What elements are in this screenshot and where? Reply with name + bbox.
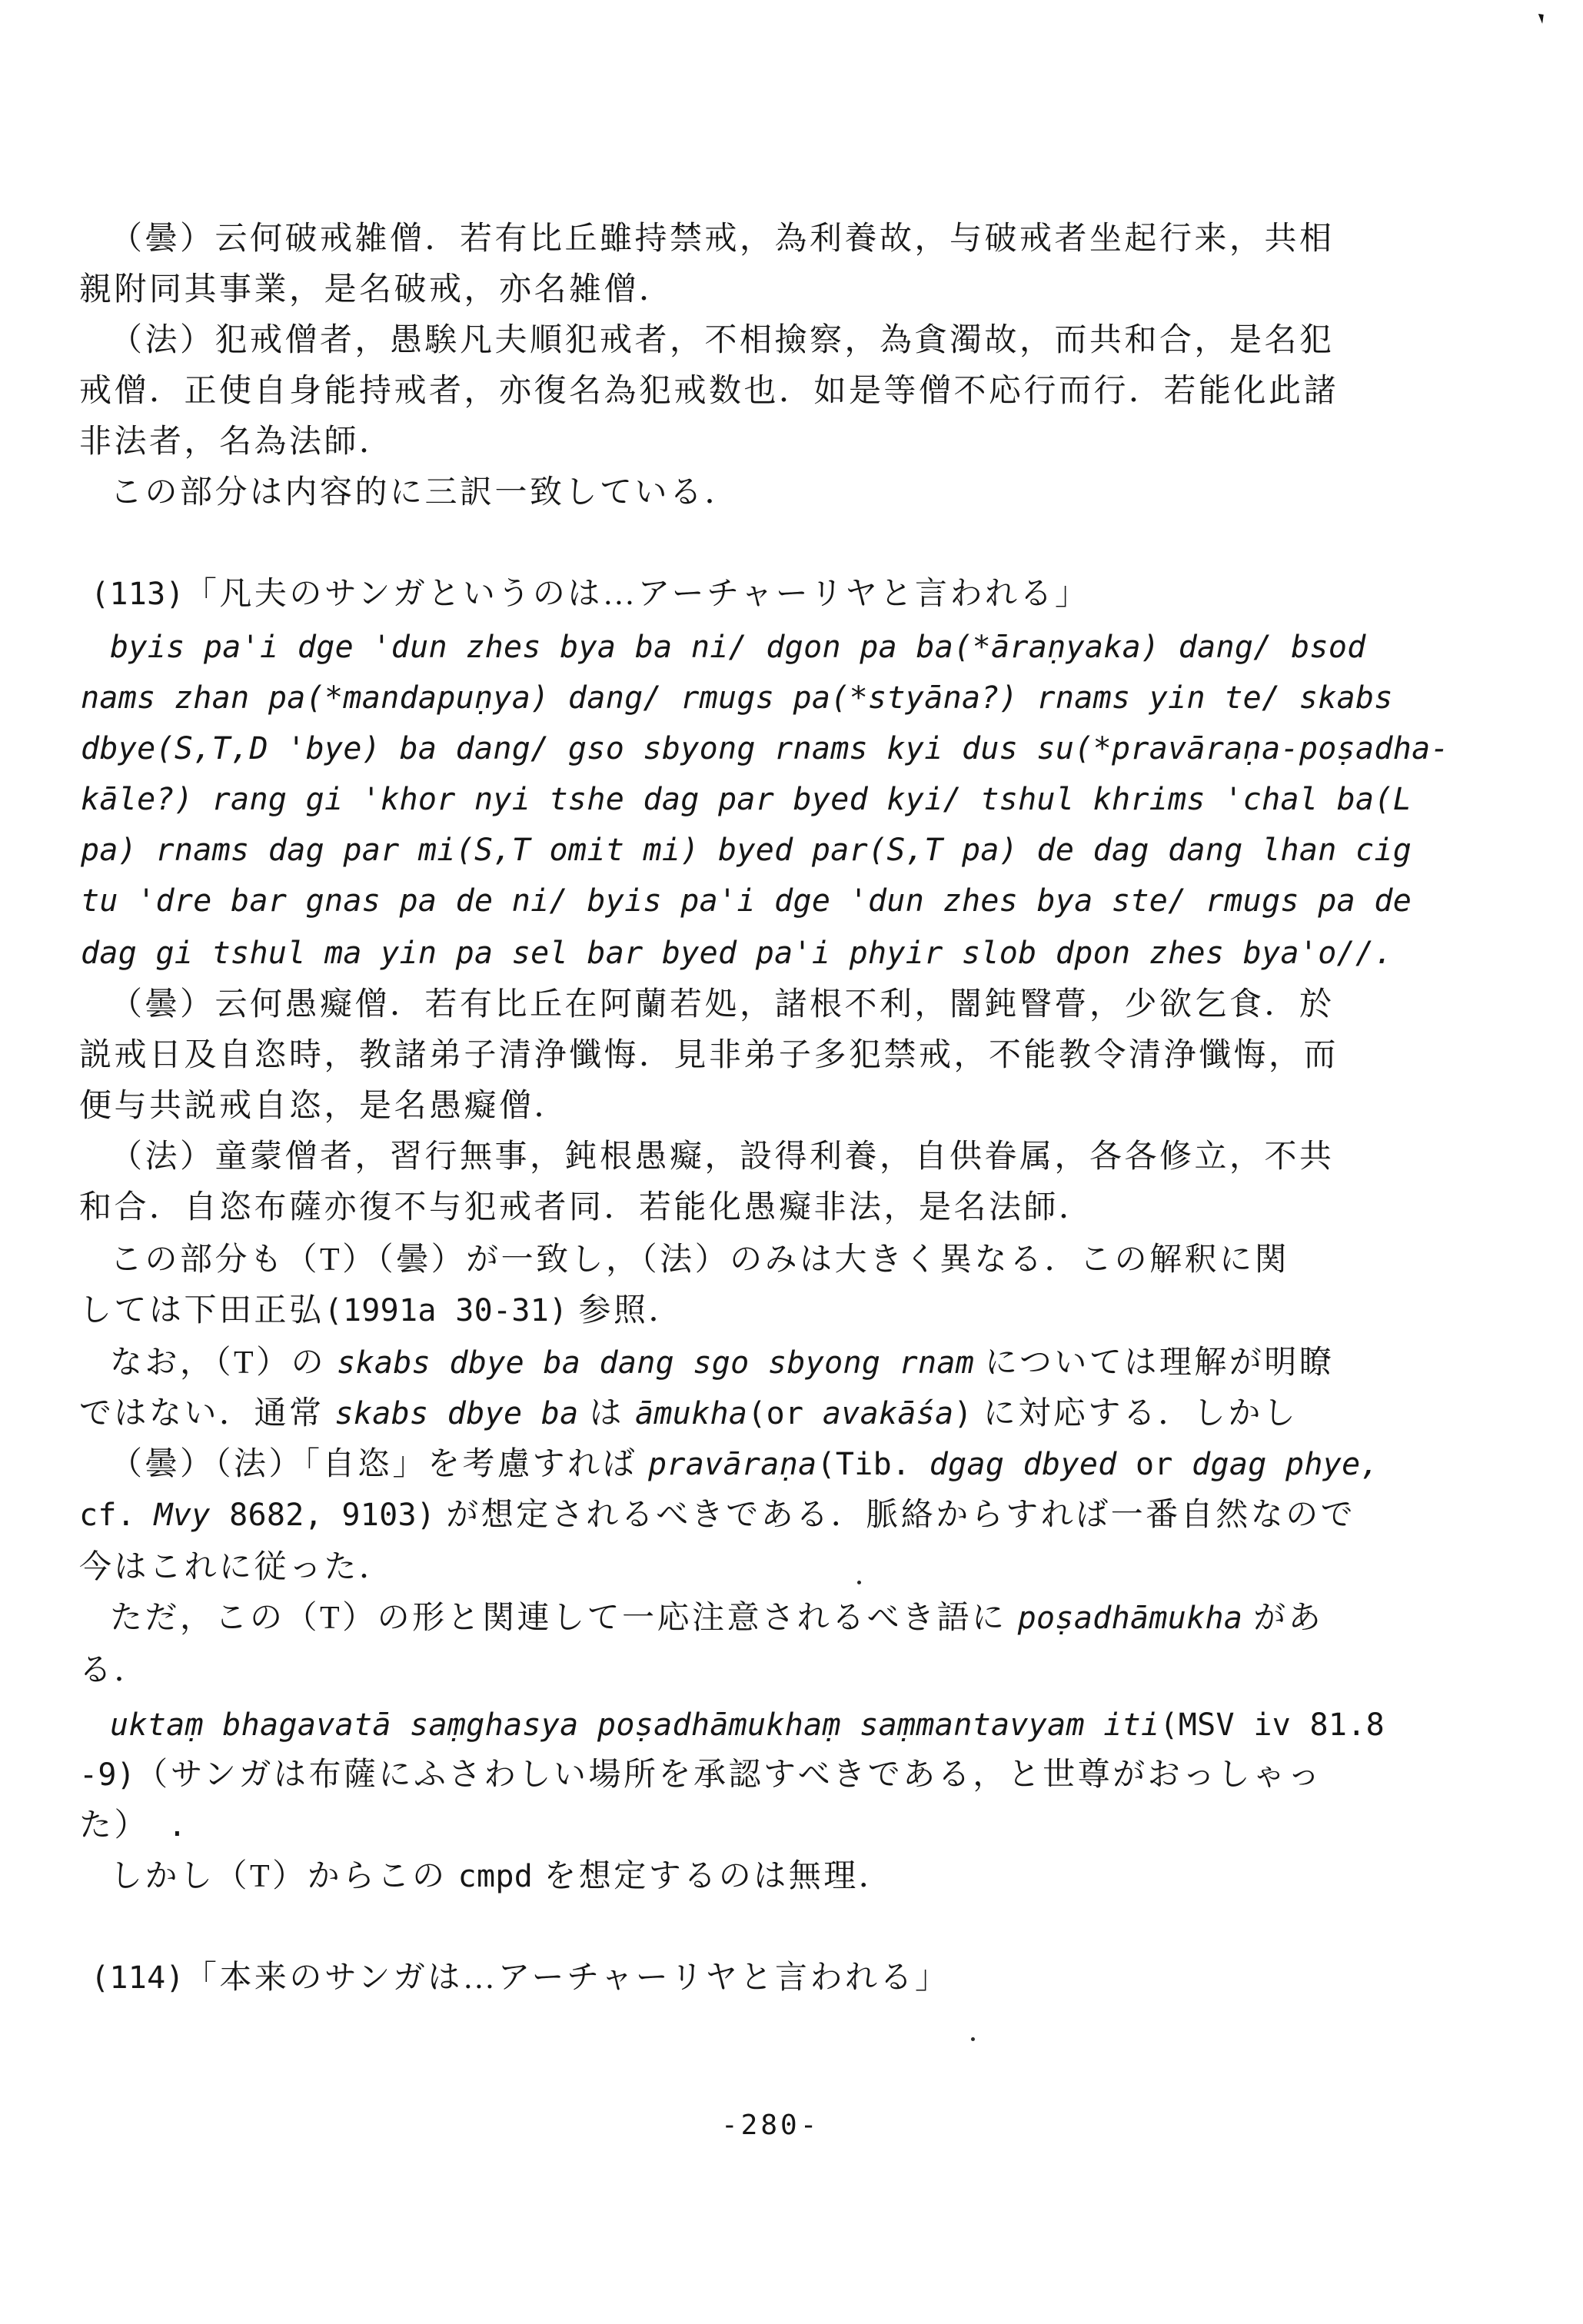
text-segment: Mvy xyxy=(155,1498,211,1533)
text-line: byis pa'i dge 'dun zhes bya ba ni/ dgon … xyxy=(110,630,1366,664)
text-segment: は xyxy=(578,1396,635,1431)
text-line: (114)「本来のサンガは…アーチャーリヤと言われる」 xyxy=(91,1960,949,1996)
text-segment: dbye(S,T,D 'bye) ba dang/ gso sbyong rna… xyxy=(81,731,1449,766)
scanned-paper-page: -280- （曇）云何破戒雑僧．若有比丘雖持禁戒，為利養故，与破戒者坐起行来，共… xyxy=(0,0,1583,2324)
text-segment: （曇）云何愚癡僧．若有比丘在阿蘭若処，諸根不利，闇鈍瞖瞢，少欲乞食．於 xyxy=(110,987,1335,1022)
text-segment: (113) xyxy=(91,577,185,612)
text-line: ただ，この（T）の形と関連して一応注意されるべき語に poṣadhāmukha … xyxy=(110,1601,1323,1636)
text-line: た） . xyxy=(79,1808,187,1844)
text-line: （曇）（法）「自恣」を考慮すれば pravāraṇa(Tib. dgag dby… xyxy=(110,1447,1379,1482)
text-line: しかし（T）からこの cmpd を想定するのは無理． xyxy=(110,1859,893,1894)
text-line: （曇）云何破戒雑僧．若有比丘雖持禁戒，為利養故，与破戒者坐起行来，共相 xyxy=(110,221,1335,257)
text-line: 非法者，名為法師． xyxy=(79,424,394,460)
text-segment: pa) rnams dag par mi(S,T omit mi) byed p… xyxy=(81,833,1412,868)
text-segment: なお，（T）の xyxy=(110,1345,337,1381)
text-segment: （サンガは布薩にふさわしい場所を承認すべきである，と世尊がおっしゃっ xyxy=(135,1757,1322,1793)
text-line: る． xyxy=(79,1653,149,1688)
text-segment: ただ，この（T）の形と関連して一応注意されるべき語に xyxy=(110,1601,1018,1636)
text-segment: dag gi tshul ma yin pa sel bar byed pa'i… xyxy=(81,936,1393,971)
text-segment: āmukha xyxy=(635,1396,747,1431)
text-segment: uktaṃ bhagavatā saṃghasya poṣadhāmukhaṃ … xyxy=(110,1707,1159,1743)
text-segment: 非法者，名為法師． xyxy=(79,424,394,460)
text-segment: or xyxy=(1117,1447,1192,1482)
text-line: しては下田正弘(1991a 30-31) 参照． xyxy=(79,1293,683,1328)
text-line: dag gi tshul ma yin pa sel bar byed pa'i… xyxy=(81,936,1393,970)
text-segment: （曇）（法）「自恣」を考慮すれば xyxy=(110,1447,648,1482)
text-segment: kāle?) rang gi 'khor nyi tshe dag par by… xyxy=(81,782,1412,817)
text-segment: 便与共説戒自恣，是名愚癡僧． xyxy=(79,1089,569,1124)
text-segment: (1991a 30-31) xyxy=(324,1293,568,1328)
text-segment: を想定するのは無理． xyxy=(533,1859,893,1894)
text-segment: . xyxy=(149,1808,187,1844)
text-line: cf. Mvy 8682, 9103) が想定されるべきである．脈絡からすれば一… xyxy=(79,1498,1355,1533)
text-line: （法）犯戒僧者，愚騃凡夫順犯戒者，不相撿察，為貪濁故，而共和合，是名犯 xyxy=(110,323,1335,358)
text-segment: しかし（T）からこの xyxy=(110,1859,458,1894)
text-segment: る． xyxy=(79,1653,149,1688)
text-segment: tu 'dre bar gnas pa de ni/ byis pa'i dge… xyxy=(81,883,1412,919)
text-line: tu 'dre bar gnas pa de ni/ byis pa'i dge… xyxy=(81,884,1412,918)
page-number: -280- xyxy=(721,2110,820,2141)
text-segment: nams zhan pa(*mandapuṇya) dang/ rmugs pa… xyxy=(81,680,1393,716)
text-segment: -9) xyxy=(79,1757,135,1793)
text-segment: pravāraṇa xyxy=(648,1447,816,1482)
text-line: kāle?) rang gi 'khor nyi tshe dag par by… xyxy=(81,783,1412,816)
scan-artifact-dot xyxy=(971,2037,975,2041)
text-segment: 「本来のサンガは…アーチャーリヤと言われる」 xyxy=(185,1960,950,1996)
text-segment: 8682, 9103) xyxy=(211,1498,436,1533)
text-line: (113)「凡夫のサンガというのは…アーチャーリヤと言われる」 xyxy=(91,577,1089,612)
text-segment: （法）童蒙僧者，習行無事，鈍根愚癡，設得利養，自供眷属，各各修立，不共 xyxy=(110,1139,1335,1175)
text-line: （曇）云何愚癡僧．若有比丘在阿蘭若処，諸根不利，闇鈍瞖瞢，少欲乞食．於 xyxy=(110,987,1335,1022)
text-line: ではない．通常 skabs dbye ba は āmukha(or avakāś… xyxy=(79,1396,1298,1431)
text-line: （法）童蒙僧者，習行無事，鈍根愚癡，設得利養，自供眷属，各各修立，不共 xyxy=(110,1139,1335,1175)
text-segment: があ xyxy=(1242,1601,1323,1636)
text-segment: skabs dbye ba xyxy=(335,1396,579,1431)
text-line: 親附同其事業，是名破戒，亦名雑僧． xyxy=(79,272,674,308)
text-segment: ではない．通常 xyxy=(79,1396,335,1431)
text-segment: については理解が明瞭 xyxy=(974,1345,1334,1381)
text-segment: byis pa'i dge 'dun zhes bya ba ni/ dgon … xyxy=(110,630,1366,665)
text-line: なお，（T）の skabs dbye ba dang sgo sbyong rn… xyxy=(110,1345,1334,1381)
text-segment: ) xyxy=(954,1396,973,1431)
text-line: 戒僧．正使自身能持戒者，亦復名為犯戒数也．如是等僧不応行而行．若能化此諸 xyxy=(79,374,1339,409)
text-line: dbye(S,T,D 'bye) ba dang/ gso sbyong rna… xyxy=(81,732,1449,766)
text-line: この部分は内容的に三訳一致している． xyxy=(110,475,740,510)
text-segment: 参照． xyxy=(567,1293,683,1328)
text-line: 和合．自恣布薩亦復不与犯戒者同．若能化愚癡非法，是名法師． xyxy=(79,1190,1094,1225)
text-segment: 「凡夫のサンガというのは…アーチャーリヤと言われる」 xyxy=(185,577,1090,612)
text-segment: 戒僧．正使自身能持戒者，亦復名為犯戒数也．如是等僧不応行而行．若能化此諸 xyxy=(79,374,1339,409)
text-segment: cf. xyxy=(79,1498,155,1533)
text-segment: 説戒日及自恣時，教諸弟子清浄懺悔．見非弟子多犯禁戒，不能教令清浄懺悔，而 xyxy=(79,1038,1339,1073)
text-segment: が想定されるべきである．脈絡からすれば一番自然なので xyxy=(435,1498,1355,1533)
text-segment: cmpd xyxy=(458,1859,534,1894)
text-segment: この部分も（T）（曇）が一致し，（法）のみは大きく異なる．この解釈に関 xyxy=(110,1242,1289,1278)
scan-artifact-wedge xyxy=(1531,13,1544,24)
text-line: 説戒日及自恣時，教諸弟子清浄懺悔．見非弟子多犯禁戒，不能教令清浄懺悔，而 xyxy=(79,1038,1339,1073)
text-segment: (or xyxy=(747,1396,823,1431)
text-line: この部分も（T）（曇）が一致し，（法）のみは大きく異なる．この解釈に関 xyxy=(110,1242,1289,1278)
text-line: 今はこれに従った． xyxy=(79,1550,394,1585)
text-line: -9)（サンガは布薩にふさわしい場所を承認すべきである，と世尊がおっしゃっ xyxy=(79,1757,1322,1793)
text-segment: (Tib. xyxy=(816,1447,929,1482)
text-segment: avakāśa xyxy=(823,1396,954,1431)
text-segment: dgag dbyed xyxy=(930,1447,1117,1482)
text-segment: た） xyxy=(79,1808,149,1844)
text-segment: dgag phye, xyxy=(1192,1447,1379,1482)
text-segment: (114) xyxy=(91,1960,185,1996)
text-line: nams zhan pa(*mandapuṇya) dang/ rmugs pa… xyxy=(81,681,1393,715)
text-segment: しては下田正弘 xyxy=(79,1293,324,1328)
text-segment: 和合．自恣布薩亦復不与犯戒者同．若能化愚癡非法，是名法師． xyxy=(79,1190,1094,1225)
text-segment: に対応する．しかし xyxy=(973,1396,1299,1431)
text-segment: skabs dbye ba dang sgo sbyong rnam xyxy=(337,1345,974,1381)
text-segment: poṣadhāmukha xyxy=(1018,1601,1243,1636)
text-line: uktaṃ bhagavatā saṃghasya poṣadhāmukhaṃ … xyxy=(110,1708,1385,1742)
text-line: pa) rnams dag par mi(S,T omit mi) byed p… xyxy=(81,833,1412,867)
text-segment: この部分は内容的に三訳一致している． xyxy=(110,475,740,510)
text-segment: （曇）云何破戒雑僧．若有比丘雖持禁戒，為利養故，与破戒者坐起行来，共相 xyxy=(110,221,1335,257)
scan-artifact-dot xyxy=(857,1581,861,1584)
text-segment: （法）犯戒僧者，愚騃凡夫順犯戒者，不相撿察，為貪濁故，而共和合，是名犯 xyxy=(110,323,1335,358)
text-segment: 親附同其事業，是名破戒，亦名雑僧． xyxy=(79,272,674,308)
text-segment: 今はこれに従った． xyxy=(79,1550,394,1585)
text-line: 便与共説戒自恣，是名愚癡僧． xyxy=(79,1089,569,1124)
text-segment: (MSV iv 81.8 xyxy=(1159,1707,1385,1743)
